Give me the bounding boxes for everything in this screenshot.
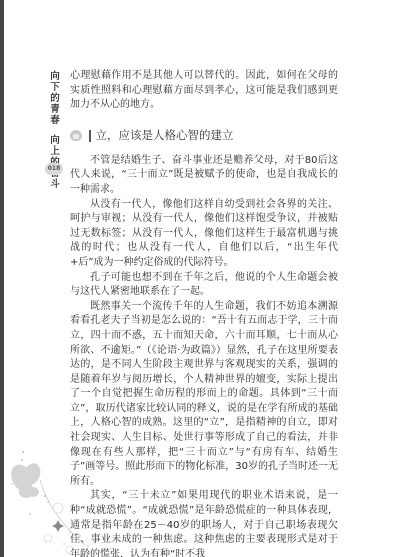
running-head-part-1: 向 下 的 青 春 (48, 71, 62, 126)
heading-divider (89, 130, 91, 142)
butterfly-decoration-icon (0, 440, 130, 557)
carryover-paragraph: 心理慰藉作用不是其他人可以替代的。因此，如何在父母的实质性照料和心理慰藉方面尽到… (70, 69, 338, 113)
paragraph: 孔子可能也想不到在千年之后，他说的个人生命题会被与这代人紧密地联系在了一起。 (70, 271, 338, 300)
running-head-char: 向 (48, 135, 62, 146)
running-head-char: 春 (48, 115, 62, 126)
heart-bullet-icon (70, 130, 82, 141)
running-head-char: 向 (48, 71, 62, 82)
page-number-badge: 018 (45, 163, 63, 175)
paragraph: 从没有一代人，像他们这样自幼受到社会各界的关注、呵护与审视；从没有一代人，像他们… (70, 198, 338, 271)
running-head-char: 的 (48, 93, 62, 104)
running-head-char: 斗 (48, 179, 62, 190)
running-head-char: 青 (48, 104, 62, 115)
section-heading: 立，应该是人格心智的建立 (70, 128, 338, 144)
running-head-char: 上 (48, 146, 62, 157)
running-head-char: 下 (48, 82, 62, 93)
section-title: 立，应该是人格心智的建立 (96, 128, 234, 143)
paragraph: 不管是结婚生子、奋斗事业还是赡养父母，对于80后这代人来说，“三十而立”既是被赋… (70, 154, 338, 198)
